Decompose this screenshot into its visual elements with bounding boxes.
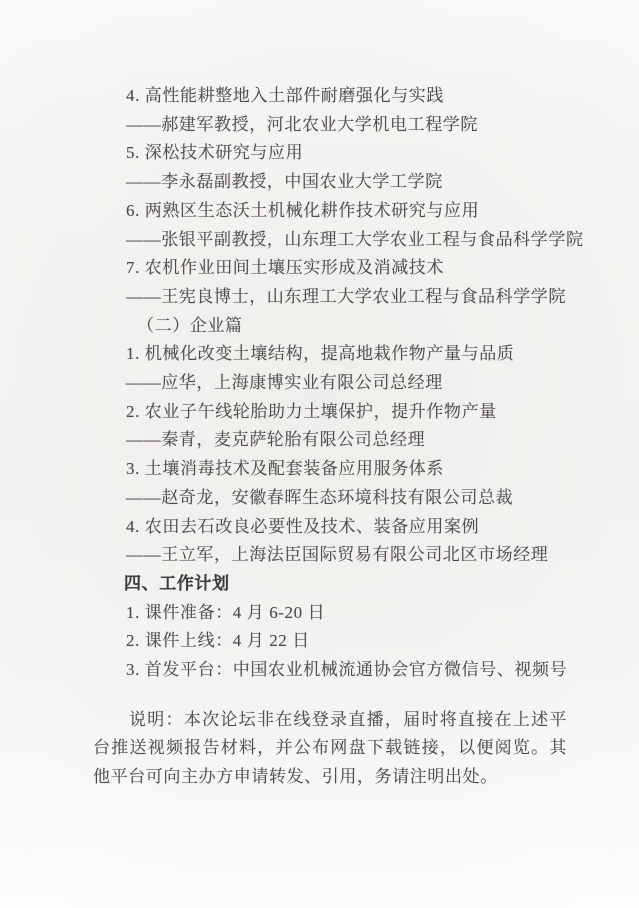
list-item: 2. 课件上线：4 月 22 日 xyxy=(126,627,639,656)
list-item: 2. 农业子午线轮胎助力土壤保护，提升作物产量 xyxy=(126,398,639,427)
enterprise-section-heading: （二）企业篇 xyxy=(137,312,639,341)
list-item: 4. 农田去石改良必要性及技术、装备应用案例 xyxy=(126,513,639,542)
list-item: ——秦青，麦克萨轮胎有限公司总经理 xyxy=(126,426,639,455)
list-item: 3. 土壤消毒技术及配套装备应用服务体系 xyxy=(126,455,639,484)
enterprise-report-list: 1. 机械化改变土壤结构，提高地栽作物产量与品质 ——应华，上海康博实业有限公司… xyxy=(126,340,639,570)
list-item: 3. 首发平台：中国农业机械流通协会官方微信号、视频号 xyxy=(126,656,639,685)
list-item: 7. 农机作业田间土壤压实形成及消减技术 xyxy=(126,254,639,283)
list-item: ——王宪良博士，山东理工大学农业工程与食品科学学院 xyxy=(126,283,639,312)
list-item: 5. 深松技术研究与应用 xyxy=(126,139,639,168)
list-item: ——王立军，上海法臣国际贸易有限公司北区市场经理 xyxy=(126,541,639,570)
list-item: ——李永磊副教授，中国农业大学工学院 xyxy=(126,168,639,197)
list-item: 6. 两熟区生态沃土机械化耕作技术研究与应用 xyxy=(126,197,639,226)
list-item: ——郝建军教授，河北农业大学机电工程学院 xyxy=(126,111,639,140)
list-item: 1. 机械化改变土壤结构，提高地栽作物产量与品质 xyxy=(126,340,639,369)
note-paragraph: 说明：本次论坛非在线登录直播，届时将直接在上述平台推送视频报告材料，并公布网盘下… xyxy=(93,706,567,792)
expert-report-list: 4. 高性能耕整地入土部件耐磨强化与实践 ——郝建军教授，河北农业大学机电工程学… xyxy=(126,82,639,312)
list-item: ——张银平副教授，山东理工大学农业工程与食品科学学院 xyxy=(126,226,639,255)
document-content: 4. 高性能耕整地入土部件耐磨强化与实践 ——郝建军教授，河北农业大学机电工程学… xyxy=(0,82,639,792)
list-item: 4. 高性能耕整地入土部件耐磨强化与实践 xyxy=(126,82,639,111)
list-item: ——赵奇龙，安徽春晖生态环境科技有限公司总裁 xyxy=(126,484,639,513)
work-plan-list: 1. 课件准备：4 月 6-20 日 2. 课件上线：4 月 22 日 3. 首… xyxy=(126,599,639,685)
work-plan-section-heading: 四、工作计划 xyxy=(124,570,639,599)
list-item: 1. 课件准备：4 月 6-20 日 xyxy=(126,599,639,628)
list-item: ——应华，上海康博实业有限公司总经理 xyxy=(126,369,639,398)
document-page: 4. 高性能耕整地入土部件耐磨强化与实践 ——郝建军教授，河北农业大学机电工程学… xyxy=(0,0,639,908)
